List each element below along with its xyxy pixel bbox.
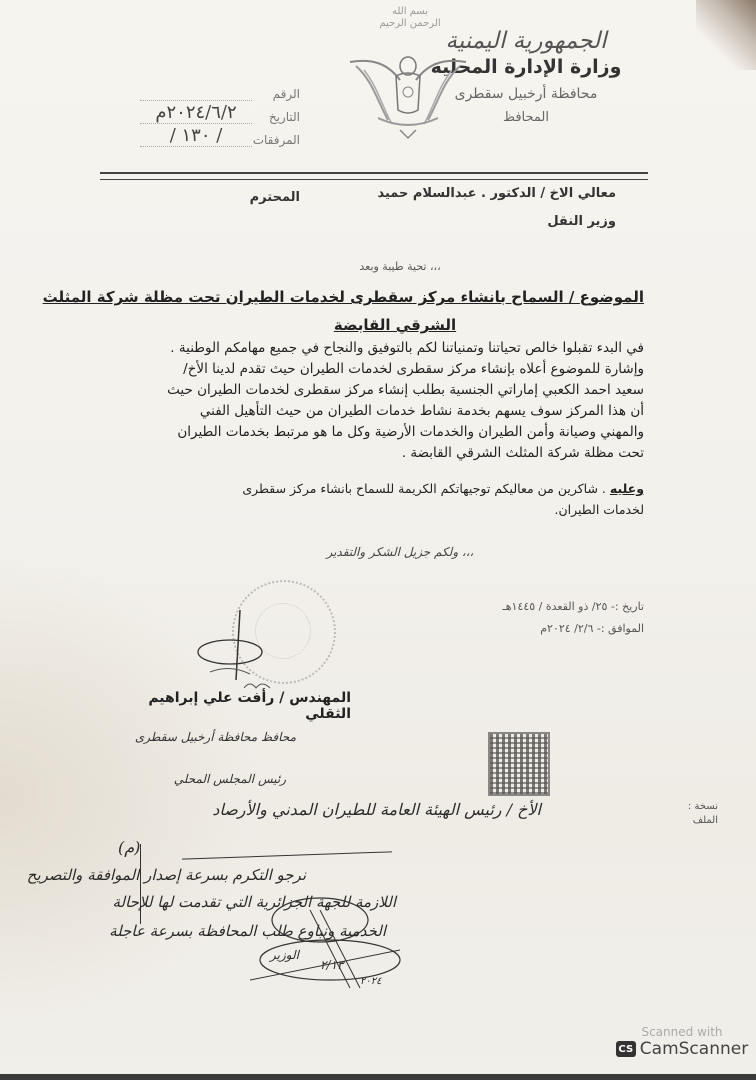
stamp-date: ٢/١٣ [320,958,343,972]
signatory-name: المهندس / رأفت علي إبراهيم الثقلي [111,690,351,722]
ref-date-value: ٢٠٢٤/٦/٢م [140,102,252,124]
subject-line2: الشرقي القابضة [330,316,460,334]
ref-number-value [140,100,252,101]
body-paragraph: سعيد احمد الكعبي إماراتي الجنسية بطلب إن… [104,380,644,401]
stamp-text: الوزير [270,948,299,962]
scanned-letter: الجمهورية اليمنية وزارة الإدارة المحلية … [0,0,756,1080]
request-line1: . شاكرين من معاليكم توجيهاتكم الكريمة لل… [242,481,606,496]
greeting: تحية طيبة وبعد ،،، [300,260,500,273]
body-paragraph: في البدء تقبلوا خالص تحياتنا وتمنياتنا ل… [104,338,644,359]
closing: ولكم جزيل الشكر والتقدير ،،، [300,545,500,559]
watermark-small-text: Scanned with [612,1025,752,1039]
reference-box: الرقم التاريخ ٢٠٢٤/٦/٢م المرفقات / ١٣٠ / [140,78,300,168]
letter-dates: تاريخ :- ٢٥/ ذو القعدة / ١٤٤٥هـ الموافق … [424,596,644,640]
header-divider [100,172,648,180]
ref-attachments-value: / ١٣٠ / [140,125,252,147]
signature-icon [190,610,310,700]
letter-body: في البدء تقبلوا خالص تحياتنا وتمنياتنا ل… [104,338,644,464]
addressee-line1: معالي الاخ / الدكتور . عبدالسلام حميد [316,186,616,201]
request-line2: لخدمات الطيران. [104,499,644,520]
qr-code-icon [488,732,550,796]
basmala: بسم الله الرحمن الرحيم [375,6,445,30]
page-corner-shadow [696,0,756,70]
signatory-title-council: رئيس المجلس المحلي [136,772,286,786]
note-margin-stroke [140,844,141,924]
body-paragraph: أن هذا المركز سوف يسهم بخدمة نشاط خدمات … [104,401,644,422]
yemen-eagle-emblem-icon [348,40,468,140]
minister-stamp-icon [250,890,410,990]
ref-attachments-label: المرفقات [252,133,300,147]
hijri-date: تاريخ :- ٢٥/ ذو القعدة / ١٤٤٥هـ [424,596,644,618]
body-paragraph: وإشارة للموضوع أعلاه بإنشاء مركز سقطرى ل… [104,359,644,380]
subject-line1: الموضوع / السماح بانشاء مركز سقطرى لخدما… [104,288,644,306]
handwritten-note-line1: الأخ / رئيس الهيئة العامة للطيران المدني… [21,800,541,819]
copies-block: نسخة : الملف [658,800,718,828]
camscanner-watermark: Scanned with CS CamScanner [612,1025,752,1059]
bottom-edge [0,1074,756,1080]
watermark-brand: CamScanner [640,1039,748,1059]
addressee-line2: وزير النقل [316,214,616,229]
signatory-title: محافظ محافظة أرخبيل سقطرى [96,730,296,744]
handwritten-note-line3: نرجو التكرم بسرعة إصدار الموافقة والتصري… [0,866,306,884]
body-paragraph: والمهني وصيانة وأمن الطيران والخدمات الأ… [104,422,644,443]
camscanner-logo-icon: CS [616,1041,636,1057]
addressee-honorific: المحترم [220,190,300,205]
request-paragraph: وعليه . شاكرين من معاليكم توجيهاتكم الكر… [104,478,644,520]
handwritten-note-line2: (م) [118,838,140,857]
request-lead: وعليه [610,481,644,496]
stamp-year: ٢٠٢٤ [360,976,381,987]
body-paragraph: تحت مظلة شركة المثلث الشرقي القابضة . [104,443,644,464]
gregorian-date: الموافق :- ٢/٦/ ٢٠٢٤م [424,618,644,640]
copies-label: نسخة : [658,800,718,814]
copies-file: الملف [658,814,718,828]
ref-number-label: الرقم [252,87,300,101]
ref-date-label: التاريخ [252,110,300,124]
